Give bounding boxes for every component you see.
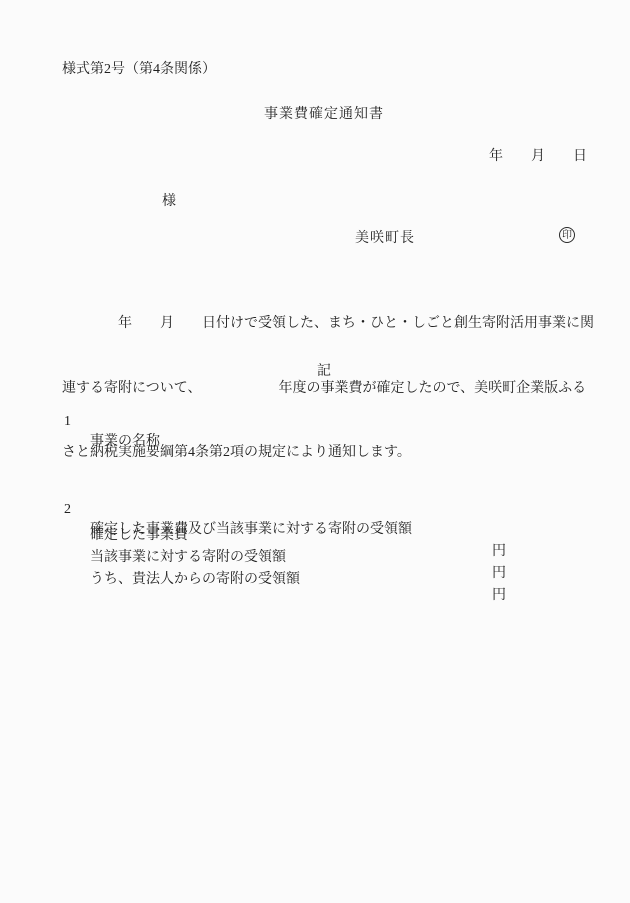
document-page: 様式第2号（第4条関係） 事業費確定通知書 年 月 日 様 美咲町長 印 年 月… [0, 0, 630, 903]
seal-icon: 印 [559, 227, 575, 243]
body-line-1: 年 月 日付けで受領した、まち・ひと・しごと創生寄附活用事業に関 [62, 313, 594, 335]
record-marker: 記 [62, 360, 586, 380]
amount-unit-yen: 円 [492, 584, 506, 604]
section-1-label: 事業の名称 [90, 430, 160, 450]
form-number: 様式第2号（第4条関係） [62, 58, 216, 78]
date-line: 年 月 日 [489, 145, 587, 165]
document-title: 事業費確定通知書 [62, 103, 586, 123]
body-line-2: 連する寄附について、 年度の事業費が確定したので、美咲町企業版ふる [62, 378, 594, 400]
sender-title: 美咲町長 [355, 227, 415, 247]
addressee-suffix: 様 [162, 190, 176, 210]
amount-row-corporate-donation: うち、貴法人からの寄附の受領額 円 [0, 552, 630, 616]
section-1-number: 1 [64, 414, 71, 430]
body-paragraph: 年 月 日付けで受領した、まち・ひと・しごと創生寄附活用事業に関 連する寄附につ… [62, 270, 594, 507]
amount-label: うち、貴法人からの寄附の受領額 [90, 568, 300, 588]
section-1: 1 事業の名称 [0, 398, 630, 462]
